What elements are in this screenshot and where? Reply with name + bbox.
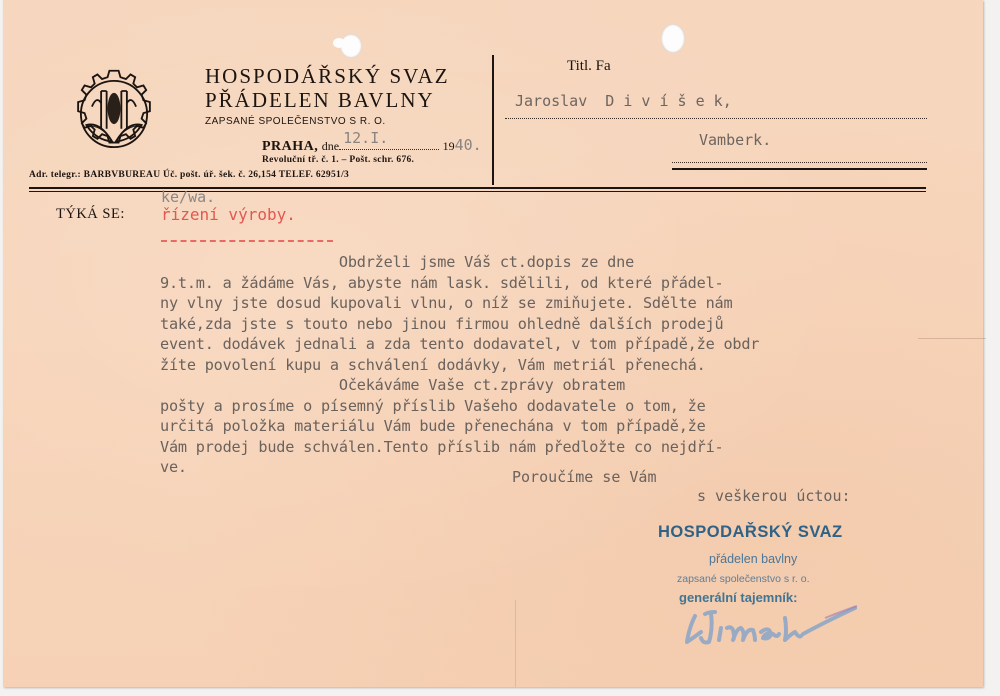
body-line: žíte povolení kupu a schválení dodávky, … (160, 355, 960, 376)
stamp-legal-form: zapsané společenstvo s r. o. (677, 573, 810, 585)
letterhead-date-line: PRAHA, dne12.I. 1940. (262, 135, 482, 155)
gear-bobbin-logo-icon (68, 68, 160, 160)
body-line: Očekáváme Vaše ct.zprávy obratem (160, 375, 960, 396)
recipient-city: Vamberk. (699, 131, 771, 149)
signature-icon (675, 598, 865, 653)
closing-line-1: Poroučíme se Vám (512, 468, 657, 486)
date-value: 12.I. (343, 129, 388, 147)
body-line: také,zda jste s touto nebo jinou firmou … (160, 314, 960, 335)
body-line: Obdrželi jsme Váš ct.dopis ze dne (160, 252, 960, 273)
year-prefix: 19 (443, 139, 455, 153)
subject-underline (161, 240, 333, 242)
stamp-org-name: HOSPODAŘSKÝ SVAZ (658, 523, 843, 542)
letterhead-org-name: HOSPODÁŘSKÝ SVAZ PŘÁDELEN BAVLNY (205, 64, 450, 112)
reference-initials: ke/wa. (161, 188, 215, 206)
paper-fold (515, 600, 516, 687)
letterhead-org-line-1: HOSPODÁŘSKÝ SVAZ (205, 64, 450, 88)
letterhead-address: Revoluční tř. č. 1. – Pošt. schr. 676. (262, 155, 414, 165)
punch-hole-icon (661, 24, 685, 53)
body-line: ny vlny jste dosud kupovali vlnu, o níž … (160, 293, 960, 314)
body-line: pošty a prosíme o písemný příslib Vašeho… (160, 396, 960, 417)
subject-label: TÝKÁ SE: (56, 206, 125, 223)
letterhead-telegraph: Adr. telegr.: BARBVBUREAU Úč. pošt. úř. … (29, 170, 349, 180)
date-label: dne (322, 139, 339, 153)
subject-text: řízení výroby. (161, 205, 296, 224)
letterhead-city: PRAHA, (262, 139, 318, 154)
closing-line-2: s veškerou úctou: (697, 487, 851, 505)
body-line: event. dodávek jednali a zda tento dodav… (160, 334, 960, 355)
body-line: určitá položka materiálu Vám bude přenec… (160, 416, 960, 437)
body-line: 9.t.m. a žádáme Vás, abyste nám lask. sd… (160, 273, 960, 294)
punch-hole-icon (340, 34, 362, 58)
stamp-org-subtitle: přádelen bavlny (709, 552, 797, 566)
recipient-underline (672, 168, 927, 170)
recipient-dotted-line (672, 162, 927, 163)
recipient-name: Jaroslav D i v í š e k, (515, 92, 732, 110)
letterhead-org-line-2: PŘÁDELEN BAVLNY (205, 88, 450, 112)
letterhead-legal-form: ZAPSANÉ SPOLEČENSTVO S R. O. (205, 116, 386, 127)
body-line: Vám prodej bude schválen.Tento příslib n… (160, 437, 960, 458)
year-value: 40. (455, 136, 482, 154)
letter-body: Obdrželi jsme Váš ct.dopis ze dne 9.t.m.… (160, 252, 960, 478)
date-field: 12.I. (339, 135, 439, 150)
header-divider (492, 55, 494, 185)
recipient-label: Titl. Fa (567, 58, 611, 75)
recipient-dotted-line (505, 118, 927, 119)
